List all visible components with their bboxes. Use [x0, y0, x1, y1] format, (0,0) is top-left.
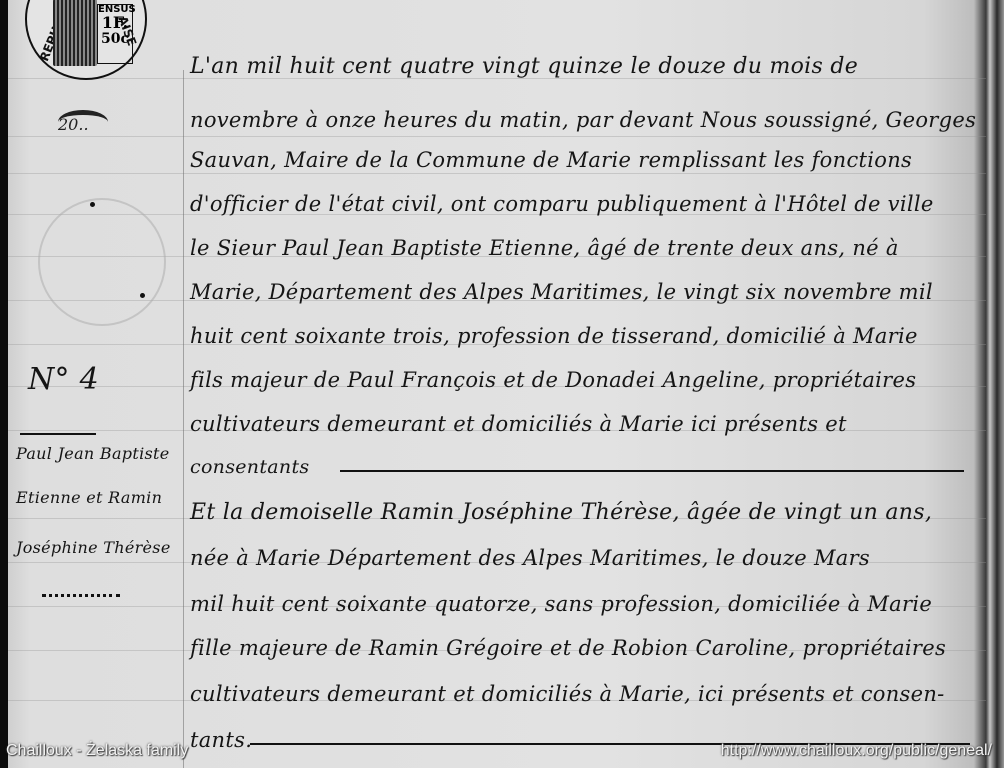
margin-name-line: Paul Jean Baptiste — [16, 444, 170, 463]
body-line: Et la demoiselle Ramin Joséphine Thérèse… — [190, 500, 932, 525]
act-number: N° 4 — [28, 362, 99, 397]
body-line: le Sieur Paul Jean Baptiste Etienne, âgé… — [190, 236, 899, 260]
body-line: mil huit cent soixante quatorze, sans pr… — [190, 592, 932, 616]
body-line: née à Marie Département des Alpes Mariti… — [190, 546, 870, 570]
watermark-url: http://www.chailloux.org/public/geneal/ — [721, 742, 992, 760]
stamp-cents: 50c — [98, 31, 132, 47]
body-line: tants. — [190, 728, 252, 752]
watermark-family: Chailloux - Żelaska family — [6, 742, 188, 760]
body-line: Marie, Département des Alpes Maritimes, … — [190, 280, 933, 304]
stamp-value: 1F. — [98, 15, 132, 31]
ruled-line — [8, 136, 986, 137]
body-line: cultivateurs demeurant et domiciliés à M… — [190, 682, 945, 706]
body-line: fils majeur de Paul François et de Donad… — [190, 368, 916, 392]
document-page: REPUB AISE ENSUS 1F. 50c 20.. N° 4 Paul … — [0, 0, 1004, 768]
ink-dot — [140, 293, 145, 298]
body-line: huit cent soixante trois, profession de … — [190, 324, 918, 348]
stamp-value-box: ENSUS 1F. 50c — [97, 4, 133, 64]
margin-name-line: Joséphine Thérèse — [16, 538, 171, 557]
body-line: L'an mil huit cent quatre vingt quinze l… — [190, 54, 858, 79]
body-line: novembre à onze heures du matin, par dev… — [190, 108, 976, 132]
tax-stamp: REPUB AISE ENSUS 1F. 50c — [25, 0, 147, 80]
margin-rule — [183, 70, 184, 768]
body-line: consentants — [190, 456, 309, 478]
stamp-figure-icon — [53, 0, 97, 66]
margin-name-line: Etienne et Ramin — [16, 488, 162, 507]
body-line: d'officier de l'état civil, ont comparu … — [190, 192, 934, 216]
ink-mark: 20.. — [58, 110, 108, 134]
margin-underline — [20, 433, 96, 435]
ink-dot — [90, 202, 95, 207]
closing-rule — [340, 470, 964, 472]
margin-flourish — [42, 590, 120, 597]
body-line: cultivateurs demeurant et domiciliés à M… — [190, 412, 847, 436]
body-line: Sauvan, Maire de la Commune de Marie rem… — [190, 148, 912, 172]
body-line: fille majeure de Ramin Grégoire et de Ro… — [190, 636, 946, 660]
embossed-seal — [38, 198, 166, 326]
ruled-line — [8, 173, 986, 174]
